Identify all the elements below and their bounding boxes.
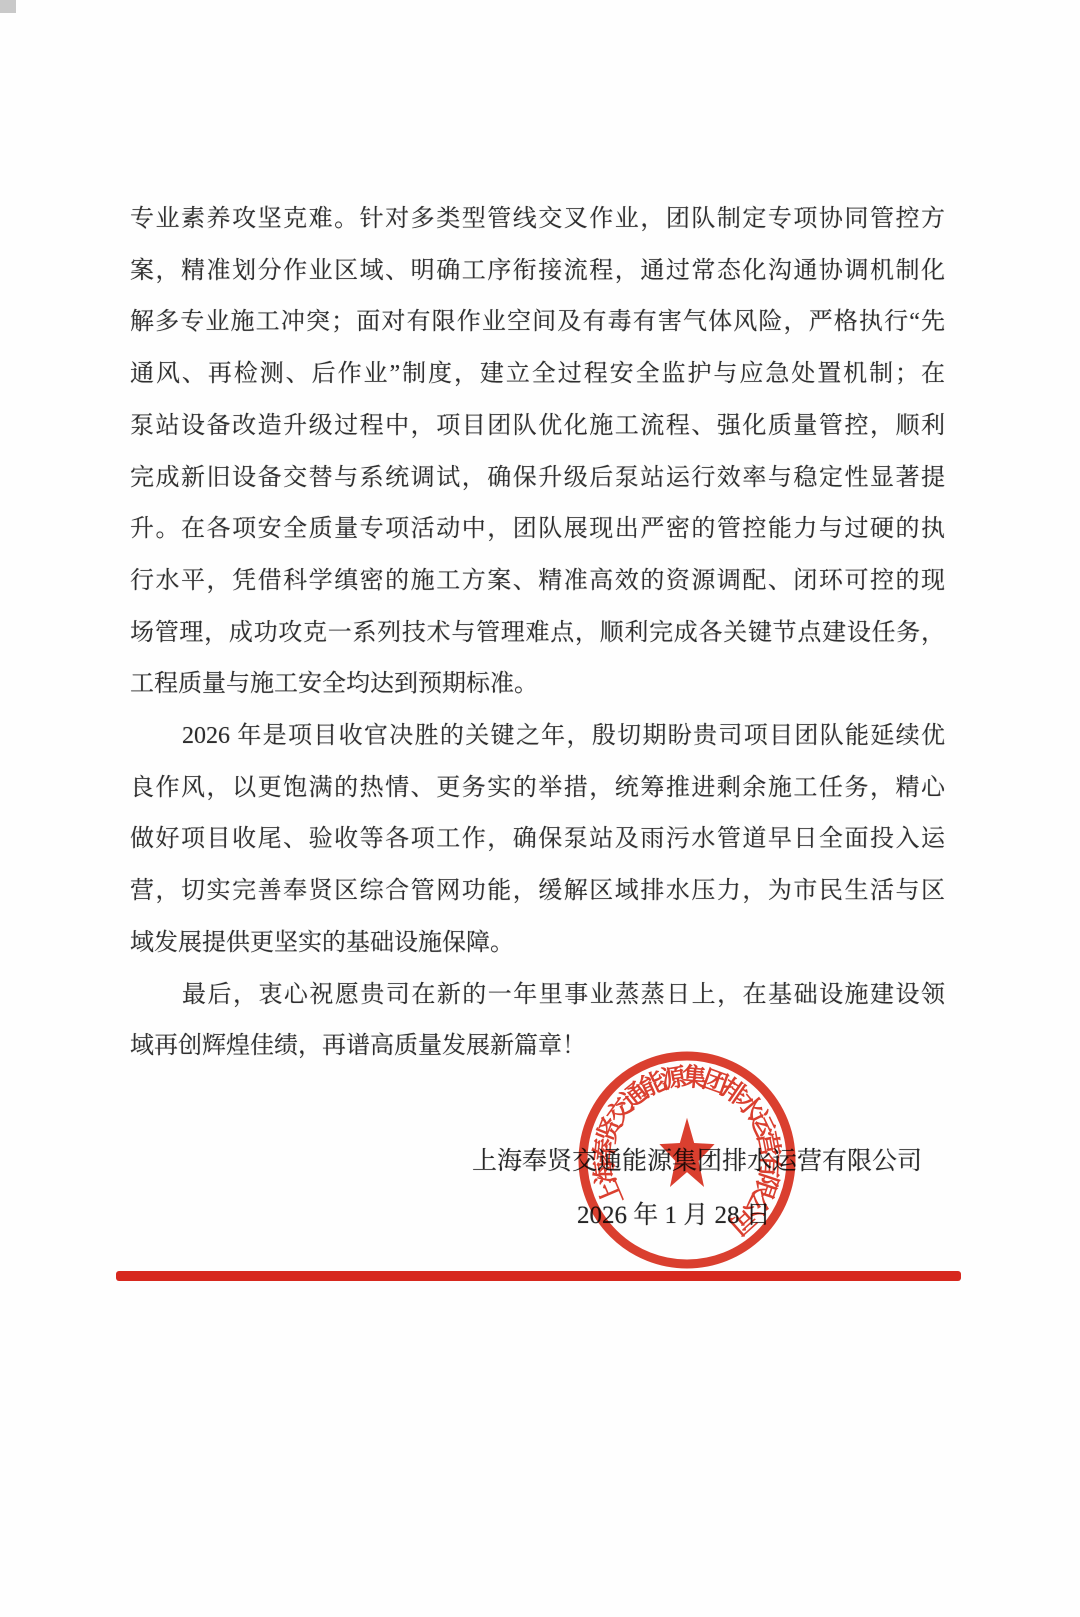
scan-corner-artifact: [0, 0, 16, 13]
body-line: 工程质量与施工安全均达到预期标准。: [130, 659, 945, 711]
body-line: 营，切实完善奉贤区综合管网功能，缓解区域排水压力，为市民生活与区: [130, 866, 945, 918]
body-line: 2026 年是项目收官决胜的关键之年，殷切期盼贵司项目团队能延续优: [130, 711, 945, 763]
body-line: 升。在各项安全质量专项活动中，团队展现出严密的管控能力与过硬的执: [130, 504, 945, 556]
body-line: 行水平，凭借科学缜密的施工方案、精准高效的资源调配、闭环可控的现: [130, 556, 945, 608]
body-line: 做好项目收尾、验收等各项工作，确保泵站及雨污水管道早日全面投入运: [130, 814, 945, 866]
body-line: 场管理，成功攻克一系列技术与管理难点，顺利完成各关键节点建设任务，: [130, 608, 945, 660]
company-seal-stamp: 上海奉贤交通能源集团排水运营有限公司: [571, 1044, 803, 1276]
body-text: 专业素养攻坚克难。针对多类型管线交叉作业，团队制定专项协同管控方案，精准划分作业…: [130, 194, 945, 1073]
seal-star-icon: [659, 1118, 714, 1187]
body-line: 专业素养攻坚克难。针对多类型管线交叉作业，团队制定专项协同管控方: [130, 194, 945, 246]
body-line: 最后，衷心祝愿贵司在新的一年里事业蒸蒸日上，在基础设施建设领: [130, 970, 945, 1022]
body-line: 域再创辉煌佳绩，再谱高质量发展新篇章！: [130, 1021, 945, 1073]
body-line: 解多专业施工冲突；面对有限作业空间及有毒有害气体风险，严格执行“先: [130, 297, 945, 349]
body-line: 泵站设备改造升级过程中，项目团队优化施工流程、强化质量管控，顺利: [130, 401, 945, 453]
letter-page: 专业素养攻坚克难。针对多类型管线交叉作业，团队制定专项协同管控方案，精准划分作业…: [0, 0, 1080, 1617]
body-line: 通风、再检测、后作业”制度，建立全过程安全监护与应急处置机制；在: [130, 349, 945, 401]
body-line: 良作风，以更饱满的热情、更务实的举措，统筹推进剩余施工任务，精心: [130, 763, 945, 815]
body-line: 完成新旧设备交替与系统调试，确保升级后泵站运行效率与稳定性显著提: [130, 453, 945, 505]
body-line: 案，精准划分作业区域、明确工序衔接流程，通过常态化沟通协调机制化: [130, 246, 945, 298]
red-divider-line: [116, 1271, 961, 1281]
body-line: 域发展提供更坚实的基础设施保障。: [130, 918, 945, 970]
